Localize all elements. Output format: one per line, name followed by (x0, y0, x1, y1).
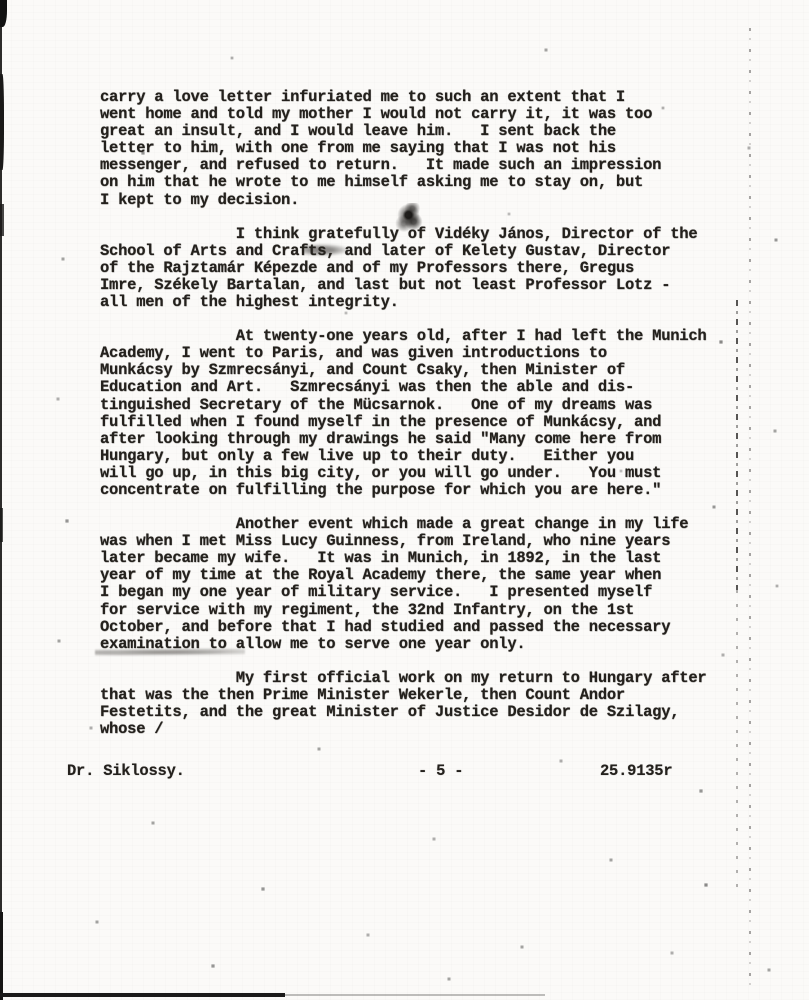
paragraph-gratitude-professors: I think gratefully of Vidéky János, Dire… (100, 226, 740, 311)
reference-number: 25.9135r (600, 762, 672, 780)
paragraph-love-letter: carry a love letter infuriated me to suc… (100, 89, 740, 209)
scan-left-blob-mid2 (0, 204, 4, 236)
scan-left-blob-bottom (0, 912, 3, 1000)
paragraph-return-to-hungary: My first official work on my return to H… (100, 670, 740, 738)
page-number: - 5 - (418, 762, 463, 780)
scan-left-blob-mid (0, 74, 4, 170)
scan-bottom-edge-line-faint (285, 994, 545, 996)
scan-bottom-edge-line (0, 993, 285, 997)
scan-right-fold-line-outer (749, 28, 751, 986)
scan-left-blob-low (0, 508, 3, 542)
typewritten-text-block: carry a love letter infuriated me to suc… (100, 89, 740, 755)
paragraph-lucy-guinness: Another event which made a great change … (100, 516, 740, 653)
author-name: Dr. Siklossy. (67, 762, 185, 780)
paragraph-paris-munkacsy: At twenty-one years old, after I had lef… (100, 328, 740, 499)
scan-noise-speckles (0, 0, 2, 2)
